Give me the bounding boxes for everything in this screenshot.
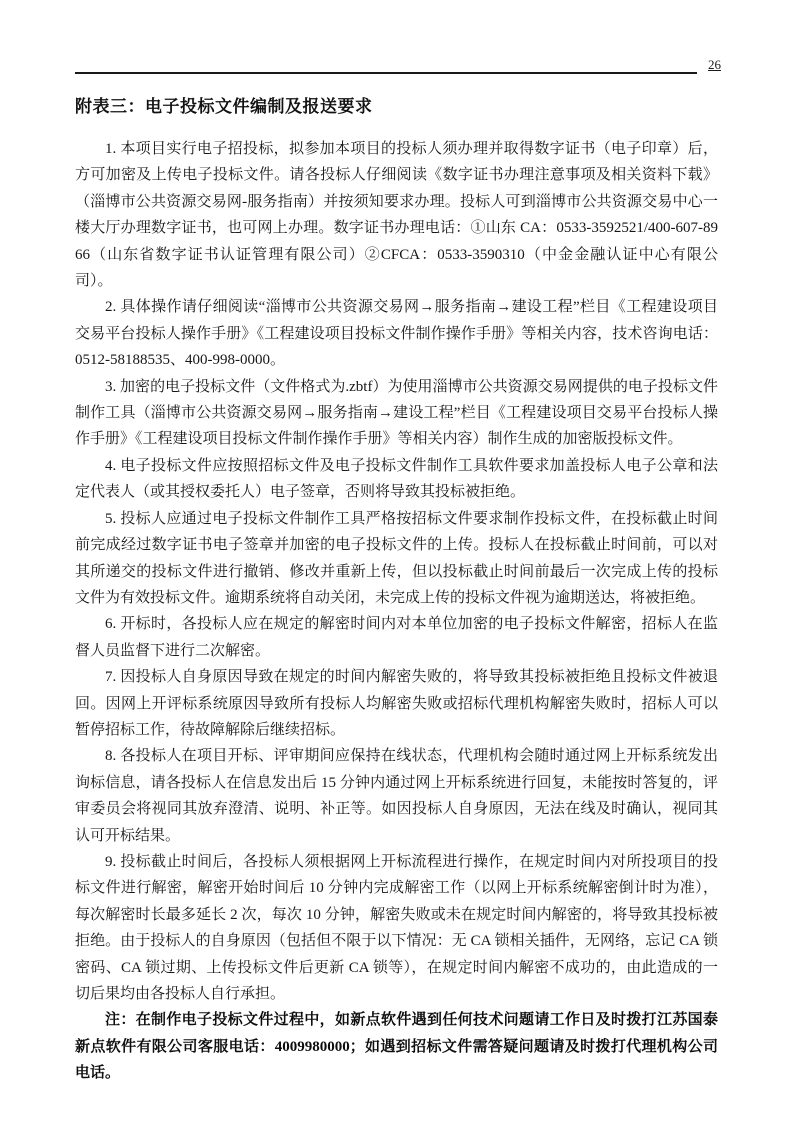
paragraph-6: 6. 开标时，各投标人应在规定的解密时间内对本单位加密的电子投标文件解密，招标人…	[75, 611, 718, 664]
paragraph-4: 4. 电子投标文件应按照招标文件及电子投标文件制作工具软件要求加盖投标人电子公章…	[75, 453, 718, 506]
header-divider	[75, 72, 697, 74]
paragraph-2: 2. 具体操作请仔细阅读“淄博市公共资源交易网→服务指南→建设工程”栏目《工程建…	[75, 294, 718, 373]
paragraph-1: 1. 本项目实行电子招投标，拟参加本项目的投标人须办理并取得数字证书（电子印章）…	[75, 136, 718, 294]
paragraph-5: 5. 投标人应通过电子投标文件制作工具严格按招标文件要求制作投标文件，在投标截止…	[75, 506, 718, 612]
paragraph-3: 3. 加密的电子投标文件（文件格式为.zbtf）为使用淄博市公共资源交易网提供的…	[75, 374, 718, 453]
paragraph-9: 9. 投标截止时间后，各投标人须根据网上开标流程进行操作，在规定时间内对所投项目…	[75, 849, 718, 1007]
paragraph-8: 8. 各投标人在项目开标、评审期间应保持在线状态，代理机构会随时通过网上开标系统…	[75, 743, 718, 849]
paragraph-7: 7. 因投标人自身原因导致在规定的时间内解密失败的，将导致其投标被拒绝且投标文件…	[75, 664, 718, 743]
page-title: 附表三：电子投标文件编制及报送要求	[75, 95, 718, 119]
page-header: 26	[0, 0, 793, 74]
document-page: 26 附表三：电子投标文件编制及报送要求 1. 本项目实行电子招投标，拟参加本项…	[0, 0, 793, 1122]
document-body: 1. 本项目实行电子招投标，拟参加本项目的投标人须办理并取得数字证书（电子印章）…	[75, 136, 718, 1087]
page-number: 26	[708, 58, 721, 73]
note-paragraph: 注：在制作电子投标文件过程中，如新点软件遇到任何技术问题请工作日及时拨打江苏国泰…	[75, 1007, 718, 1086]
